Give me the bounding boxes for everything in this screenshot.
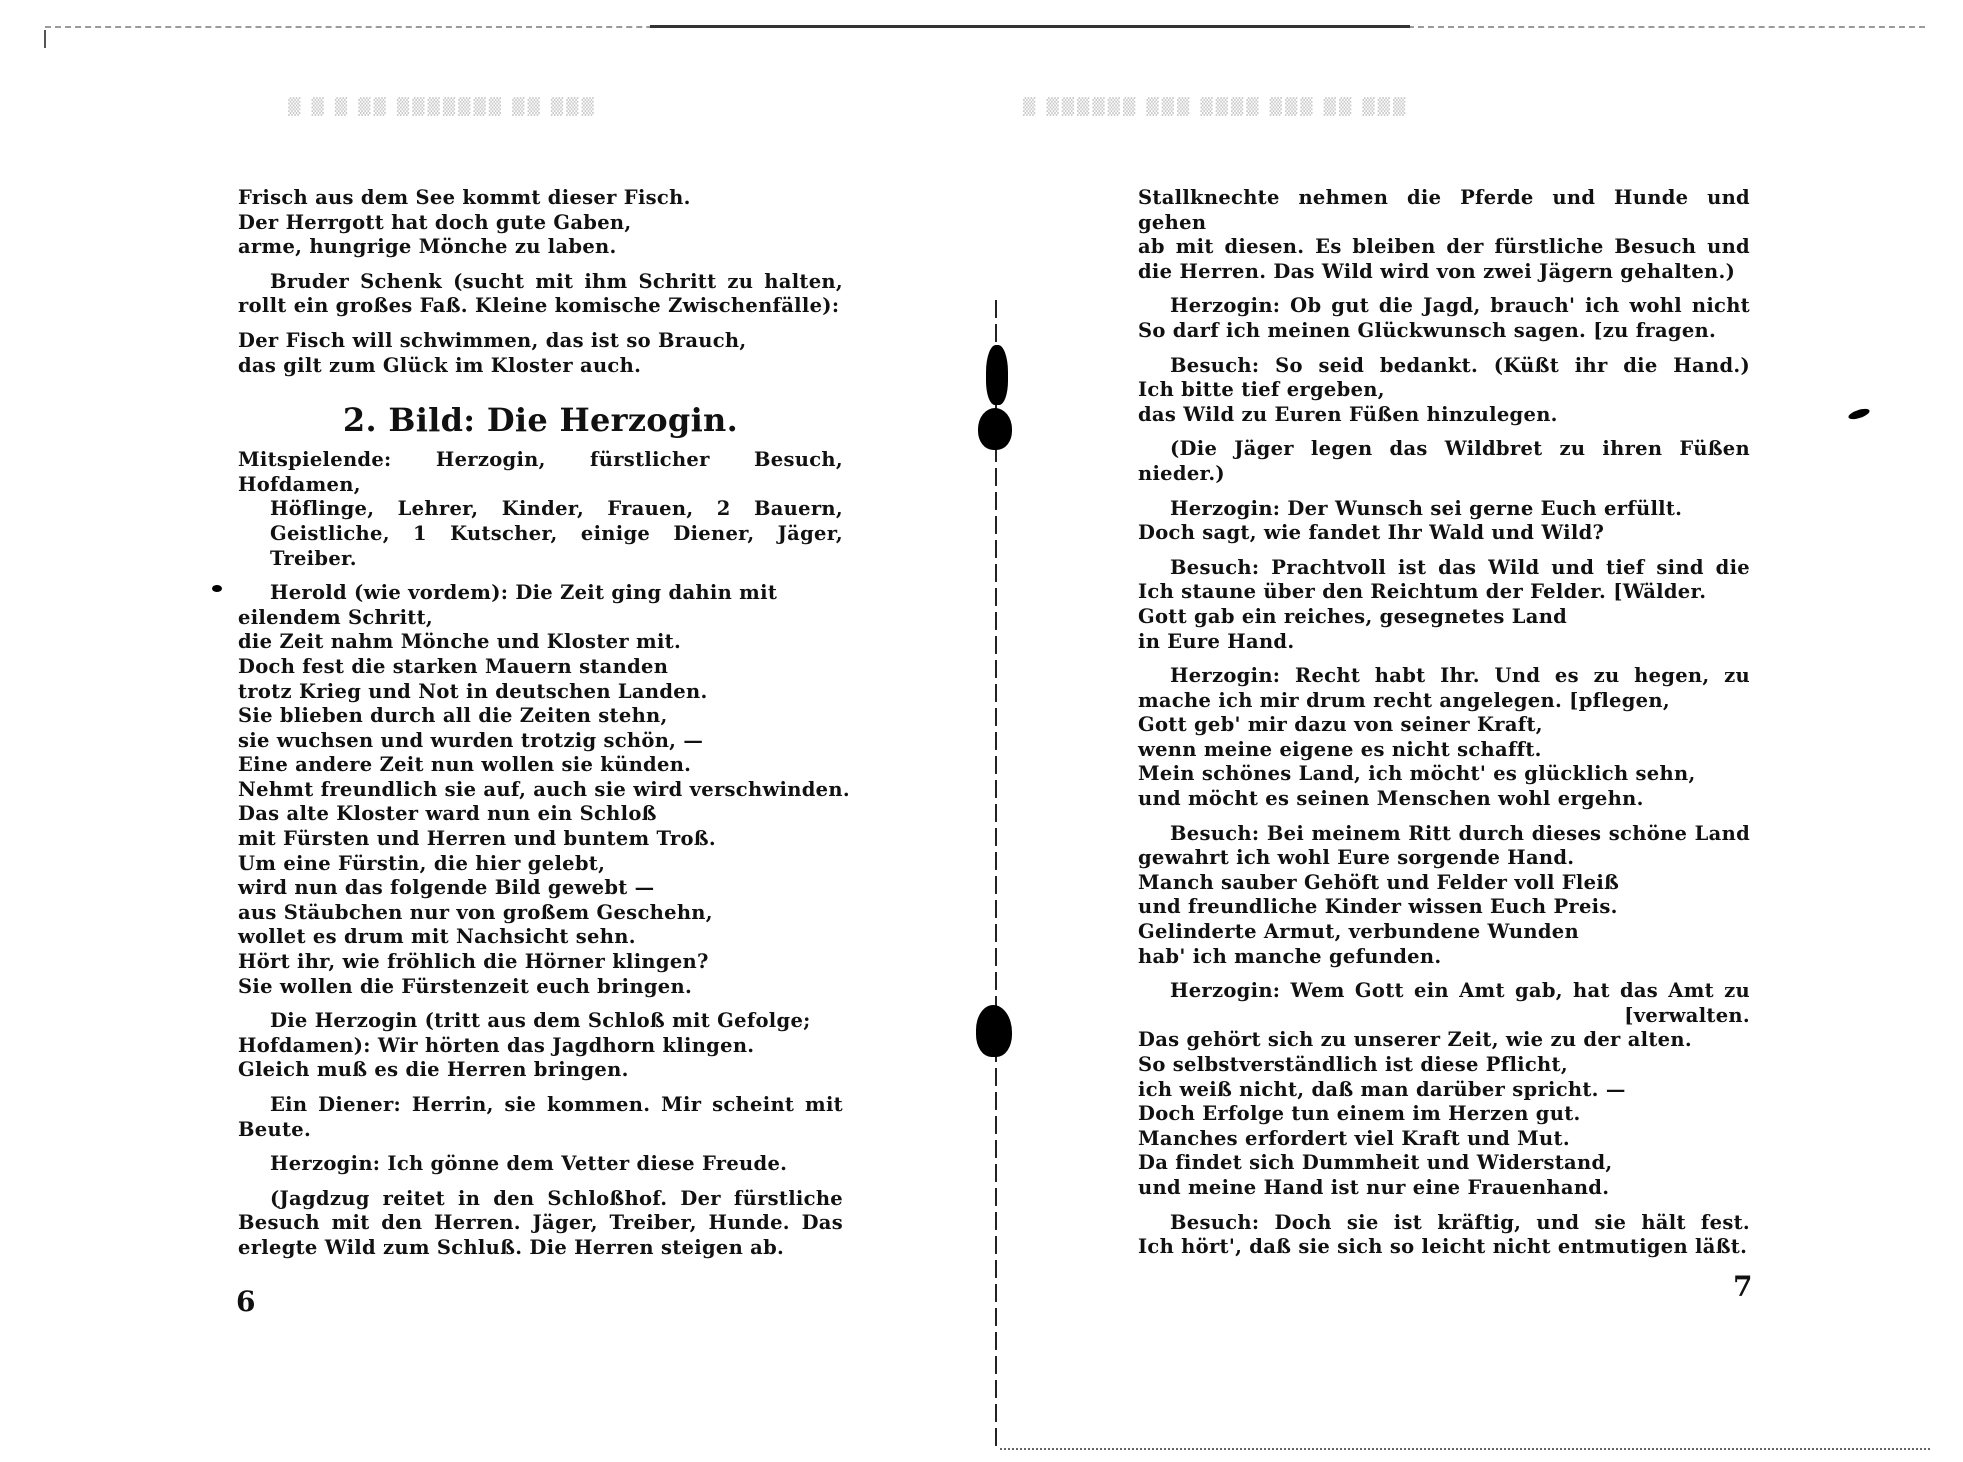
text-line: Doch sagt, wie fandet Ihr Wald und Wild? <box>1138 521 1750 546</box>
text-line: ich weiß nicht, daß man darüber spricht.… <box>1138 1078 1750 1103</box>
text-line: Besuch: So seid bedankt. (Küßt ihr die H… <box>1138 354 1750 379</box>
scan-edge-bottom <box>1000 1448 1930 1450</box>
verse-block: Der Fisch will schwimmen, das ist so Bra… <box>238 329 843 378</box>
text-line: Da findet sich Dummheit und Widerstand, <box>1138 1151 1750 1176</box>
ink-blot <box>978 408 1012 450</box>
text-line: Herzogin: Ob gut die Jagd, brauch' ich w… <box>1138 294 1750 319</box>
text-line: (Die Jäger legen das Wildbret zu ihren F… <box>1138 437 1750 462</box>
bleed-through-header: ▒▒▒ ▒▒ ▒▒▒▒▒▒▒ ▒▒ ▒ ▒ ▒ <box>285 97 594 116</box>
text-line: trotz Krieg und Not in deutschen Landen. <box>238 680 843 705</box>
text-line: und freundliche Kinder wissen Euch Preis… <box>1138 895 1750 920</box>
text-line: hab' ich manche gefunden. <box>1138 945 1750 970</box>
text-line: So selbstverständlich ist diese Pflicht, <box>1138 1053 1750 1078</box>
text-line: Herold (wie vordem): Die Zeit ging dahin… <box>238 581 843 606</box>
speech-block: Besuch: Doch sie ist kräftig, und sie hä… <box>1138 1211 1750 1260</box>
scan-edge-top-dark <box>650 25 1410 28</box>
scan-corner <box>44 30 46 48</box>
text-line: gewahrt ich wohl Eure sorgende Hand. <box>1138 846 1750 871</box>
text-line: Sie blieben durch all die Zeiten stehn, <box>238 704 843 729</box>
text-line: Sie wollen die Fürstenzeit euch bringen. <box>238 975 843 1000</box>
text-line: Doch fest die starken Mauern standen <box>238 655 843 680</box>
text-line: Der Fisch will schwimmen, das ist so Bra… <box>238 329 843 354</box>
text-line: Mein schönes Land, ich möcht' es glückli… <box>1138 762 1750 787</box>
speech-block: Herold (wie vordem): Die Zeit ging dahin… <box>238 581 843 999</box>
speech-block: Herzogin: Ich gönne dem Vetter diese Fre… <box>238 1152 843 1177</box>
text-line: Herzogin: Wem Gott ein Amt gab, hat das … <box>1138 979 1750 1004</box>
text-line: Herzogin: Ich gönne dem Vetter diese Fre… <box>238 1152 843 1177</box>
text-line: Hört ihr, wie fröhlich die Hörner klinge… <box>238 950 843 975</box>
cast-block: Mitspielende: Herzogin, fürstlicher Besu… <box>238 448 843 571</box>
text-line: Beute. <box>238 1118 843 1143</box>
text-line: Manch sauber Gehöft und Felder voll Flei… <box>1138 871 1750 896</box>
ink-blot <box>1847 407 1870 421</box>
text-line: Herzogin: Recht habt Ihr. Und es zu hege… <box>1138 664 1750 689</box>
stage-block: (Die Jäger legen das Wildbret zu ihren F… <box>1138 437 1750 486</box>
text-line: mit Fürsten und Herren und buntem Troß. <box>238 827 843 852</box>
text-line: Doch Erfolge tun einem im Herzen gut. <box>1138 1102 1750 1127</box>
text-line: die Zeit nahm Mönche und Kloster mit. <box>238 630 843 655</box>
text-line: rollt ein großes Faß. Kleine komische Zw… <box>238 294 843 319</box>
scene-heading: 2. Bild: Die Herzogin. <box>238 400 843 440</box>
ink-blot <box>986 345 1008 405</box>
text-line: Ich bitte tief ergeben, <box>1138 378 1750 403</box>
ink-blot <box>212 585 222 592</box>
text-line: Manches erfordert viel Kraft und Mut. <box>1138 1127 1750 1152</box>
text-line: wird nun das folgende Bild gewebt — <box>238 876 843 901</box>
text-line: Bruder Schenk (sucht mit ihm Schritt zu … <box>238 270 843 295</box>
text-line: Der Herrgott hat doch gute Gaben, <box>238 211 843 236</box>
text-line: in Eure Hand. <box>1138 630 1750 655</box>
text-line: Besuch mit den Herren. Jäger, Treiber, H… <box>238 1211 843 1236</box>
text-line: mache ich mir drum recht angelegen. [pfl… <box>1138 689 1750 714</box>
text-line: Das gehört sich zu unserer Zeit, wie zu … <box>1138 1028 1750 1053</box>
speech-block: Besuch: Bei meinem Ritt durch dieses sch… <box>1138 822 1750 970</box>
speech-block: Die Herzogin (tritt aus dem Schloß mit G… <box>238 1009 843 1083</box>
text-line: Frisch aus dem See kommt dieser Fisch. <box>238 186 843 211</box>
verse-block: Frisch aus dem See kommt dieser Fisch.De… <box>238 186 843 260</box>
text-line: Ich staune über den Reichtum der Felder.… <box>1138 580 1750 605</box>
text-line: Treiber. <box>238 547 843 572</box>
text-line: So darf ich meinen Glückwunsch sagen. [z… <box>1138 319 1750 344</box>
text-line: Gelinderte Armut, verbundene Wunden <box>1138 920 1750 945</box>
text-line: Ein Diener: Herrin, sie kommen. Mir sche… <box>238 1093 843 1118</box>
speech-block: Herzogin: Der Wunsch sei gerne Euch erfü… <box>1138 497 1750 546</box>
stage-block: (Jagdzug reitet in den Schloßhof. Der fü… <box>238 1187 843 1261</box>
text-line: eilendem Schritt, <box>238 606 843 631</box>
text-line: aus Stäubchen nur von großem Geschehn, <box>238 901 843 926</box>
book-spread: ▒▒▒ ▒▒ ▒▒▒▒▒▒▒ ▒▒ ▒ ▒ ▒ ▒▒▒ ▒▒ ▒▒▒ ▒▒▒▒ … <box>0 0 1963 1462</box>
text-line: wenn meine eigene es nicht schafft. <box>1138 738 1750 763</box>
stage-block: Stallknechte nehmen die Pferde und Hunde… <box>1138 186 1750 284</box>
bleed-through-header: ▒▒▒ ▒▒ ▒▒▒ ▒▒▒▒ ▒▒▒ ▒▒▒▒▒▒ ▒ <box>1020 97 1405 116</box>
text-line: Das alte Kloster ward nun ein Schloß <box>238 802 843 827</box>
text-line: Besuch: Prachtvoll ist das Wild und tief… <box>1138 556 1750 581</box>
text-line: Hofdamen): Wir hörten das Jagdhorn kling… <box>238 1034 843 1059</box>
text-line: und möcht es seinen Menschen wohl ergehn… <box>1138 787 1750 812</box>
book-gutter <box>995 300 997 1450</box>
text-line: Gott geb' mir dazu von seiner Kraft, <box>1138 713 1750 738</box>
page-number-left: 6 <box>236 1285 255 1318</box>
ink-blot <box>976 1005 1012 1057</box>
text-line: (Jagdzug reitet in den Schloßhof. Der fü… <box>238 1187 843 1212</box>
text-line: Nehmt freundlich sie auf, auch sie wird … <box>238 778 843 803</box>
speech-block: Herzogin: Wem Gott ein Amt gab, hat das … <box>1138 979 1750 1200</box>
text-line: Eine andere Zeit nun wollen sie künden. <box>238 753 843 778</box>
text-line: arme, hungrige Mönche zu laben. <box>238 235 843 260</box>
text-line: Stallknechte nehmen die Pferde und Hunde… <box>1138 186 1750 235</box>
speech-block: Ein Diener: Herrin, sie kommen. Mir sche… <box>238 1093 843 1142</box>
text-line: und meine Hand ist nur eine Frauenhand. <box>1138 1176 1750 1201</box>
stage-block: Bruder Schenk (sucht mit ihm Schritt zu … <box>238 270 843 319</box>
speech-block: Herzogin: Ob gut die Jagd, brauch' ich w… <box>1138 294 1750 343</box>
speech-block: Herzogin: Recht habt Ihr. Und es zu hege… <box>1138 664 1750 812</box>
text-line: das Wild zu Euren Füßen hinzulegen. <box>1138 403 1750 428</box>
text-line: Höflinge, Lehrer, Kinder, Frauen, 2 Baue… <box>238 497 843 522</box>
text-line: die Herren. Das Wild wird von zwei Jäger… <box>1138 260 1750 285</box>
text-line: Um eine Fürstin, die hier gelebt, <box>238 852 843 877</box>
text-line: Besuch: Bei meinem Ritt durch dieses sch… <box>1138 822 1750 847</box>
speech-block: Besuch: So seid bedankt. (Küßt ihr die H… <box>1138 354 1750 428</box>
text-line: sie wuchsen und wurden trotzig schön, — <box>238 729 843 754</box>
text-line: Besuch: Doch sie ist kräftig, und sie hä… <box>1138 1211 1750 1236</box>
text-line: Ich hört', daß sie sich so leicht nicht … <box>1138 1235 1750 1260</box>
speech-block: Besuch: Prachtvoll ist das Wild und tief… <box>1138 556 1750 654</box>
text-line: Gleich muß es die Herren bringen. <box>238 1058 843 1083</box>
right-page: Stallknechte nehmen die Pferde und Hunde… <box>1138 186 1750 1270</box>
text-line: [verwalten. <box>1138 1004 1750 1029</box>
page-number-right: 7 <box>1733 1270 1752 1303</box>
text-line: wollet es drum mit Nachsicht sehn. <box>238 925 843 950</box>
left-page: Frisch aus dem See kommt dieser Fisch.De… <box>238 186 843 1271</box>
text-line: erlegte Wild zum Schluß. Die Herren stei… <box>238 1236 843 1261</box>
text-line: Geistliche, 1 Kutscher, einige Diener, J… <box>238 522 843 547</box>
text-line: nieder.) <box>1138 462 1750 487</box>
text-line: Gott gab ein reiches, gesegnetes Land <box>1138 605 1750 630</box>
text-line: Herzogin: Der Wunsch sei gerne Euch erfü… <box>1138 497 1750 522</box>
text-line: Die Herzogin (tritt aus dem Schloß mit G… <box>238 1009 843 1034</box>
text-line: ab mit diesen. Es bleiben der fürstliche… <box>1138 235 1750 260</box>
text-line: das gilt zum Glück im Kloster auch. <box>238 354 843 379</box>
text-line: Mitspielende: Herzogin, fürstlicher Besu… <box>238 448 843 497</box>
